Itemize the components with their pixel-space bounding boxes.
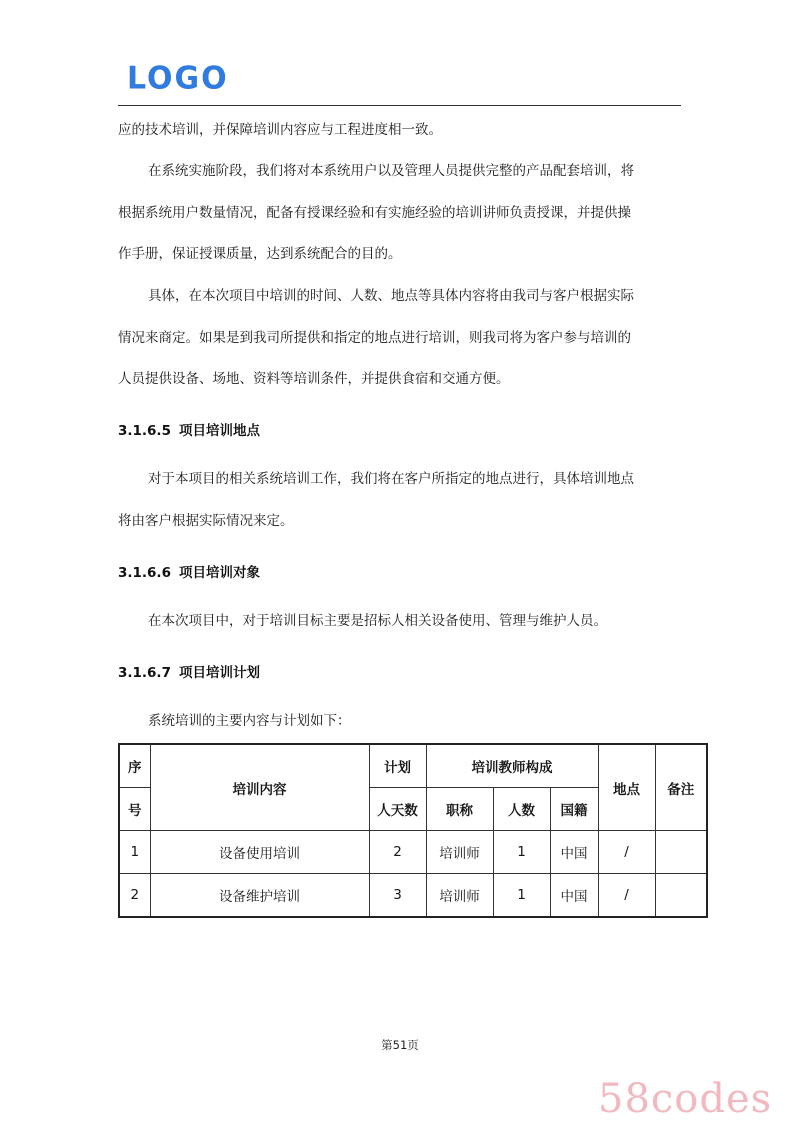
paragraph-line: 应的技术培训，并保障培训内容应与工程进度相一致。 bbox=[118, 123, 688, 137]
cell-title: 培训师 bbox=[426, 874, 493, 918]
company-logo: LOGO bbox=[127, 62, 229, 96]
paragraph-line: 对于本项目的相关系统培训工作，我们将在客户所指定的地点进行，具体培训地点 bbox=[118, 472, 688, 486]
paragraph-line: 在本次项目中，对于培训目标主要是招标人相关设备使用、管理与维护人员。 bbox=[118, 614, 688, 628]
cell-remark bbox=[655, 831, 707, 874]
training-plan-table: 序 培训内容 计划 培训教师构成 地点 备注 号 人天数 职称 人数 国籍 1 … bbox=[118, 743, 708, 918]
header-nationality: 国籍 bbox=[550, 788, 598, 831]
cell-seq: 1 bbox=[119, 831, 150, 874]
paragraph-line: 具体，在本次项目中培训的时间、人数、地点等具体内容将由我司与客户根据实际 bbox=[118, 289, 688, 303]
cell-count: 1 bbox=[493, 831, 550, 874]
paragraph-line: 根据系统用户数量情况，配备有授课经验和有实施经验的培训讲师负责授课，并提供操 bbox=[118, 206, 688, 220]
header-divider bbox=[118, 105, 681, 106]
cell-content: 设备维护培训 bbox=[150, 874, 369, 918]
section-heading-3-1-6-6: 3.1.6.6项目培训对象 bbox=[118, 566, 260, 580]
section-number: 3.1.6.6 bbox=[118, 565, 171, 581]
paragraph-line: 作手册，保证授课质量，达到系统配合的目的。 bbox=[118, 247, 688, 261]
paragraph-line: 将由客户根据实际情况来定。 bbox=[118, 514, 688, 528]
table-row: 2 设备维护培训 3 培训师 1 中国 / bbox=[119, 874, 707, 918]
section-title: 项目培训对象 bbox=[179, 565, 260, 581]
header-location: 地点 bbox=[598, 744, 655, 831]
header-remark: 备注 bbox=[655, 744, 707, 831]
cell-count: 1 bbox=[493, 874, 550, 918]
header-title: 职称 bbox=[426, 788, 493, 831]
section-heading-3-1-6-5: 3.1.6.5项目培训地点 bbox=[118, 424, 260, 438]
cell-title: 培训师 bbox=[426, 831, 493, 874]
header-plan-top: 计划 bbox=[369, 744, 426, 788]
cell-location: / bbox=[598, 831, 655, 874]
section-title: 项目培训计划 bbox=[179, 665, 260, 681]
paragraph-line: 在系统实施阶段，我们将对本系统用户以及管理人员提供完整的产品配套培训，将 bbox=[118, 164, 688, 178]
cell-days: 3 bbox=[369, 874, 426, 918]
cell-remark bbox=[655, 874, 707, 918]
page-number: 第51页 bbox=[0, 1037, 800, 1053]
header-teacher-group: 培训教师构成 bbox=[426, 744, 598, 788]
paragraph-line: 人员提供设备、场地、资料等培训条件，并提供食宿和交通方便。 bbox=[118, 372, 688, 386]
cell-location: / bbox=[598, 874, 655, 918]
header-plan-bottom: 人天数 bbox=[369, 788, 426, 831]
header-seq-bottom: 号 bbox=[119, 788, 150, 831]
section-heading-3-1-6-7: 3.1.6.7项目培训计划 bbox=[118, 666, 260, 680]
header-content: 培训内容 bbox=[150, 744, 369, 831]
cell-nationality: 中国 bbox=[550, 831, 598, 874]
cell-seq: 2 bbox=[119, 874, 150, 918]
header-seq-top: 序 bbox=[119, 744, 150, 788]
table-row: 1 设备使用培训 2 培训师 1 中国 / bbox=[119, 831, 707, 874]
table-header-row: 序 培训内容 计划 培训教师构成 地点 备注 bbox=[119, 744, 707, 788]
header-count: 人数 bbox=[493, 788, 550, 831]
paragraph-line: 系统培训的主要内容与计划如下： bbox=[118, 714, 688, 728]
paragraph-line: 情况来商定。如果是到我司所提供和指定的地点进行培训，则我司将为客户参与培训的 bbox=[118, 331, 688, 345]
section-number: 3.1.6.7 bbox=[118, 665, 171, 681]
watermark: 58codes bbox=[598, 1076, 772, 1122]
cell-days: 2 bbox=[369, 831, 426, 874]
section-title: 项目培训地点 bbox=[179, 423, 260, 439]
cell-nationality: 中国 bbox=[550, 874, 598, 918]
cell-content: 设备使用培训 bbox=[150, 831, 369, 874]
section-number: 3.1.6.5 bbox=[118, 423, 171, 439]
